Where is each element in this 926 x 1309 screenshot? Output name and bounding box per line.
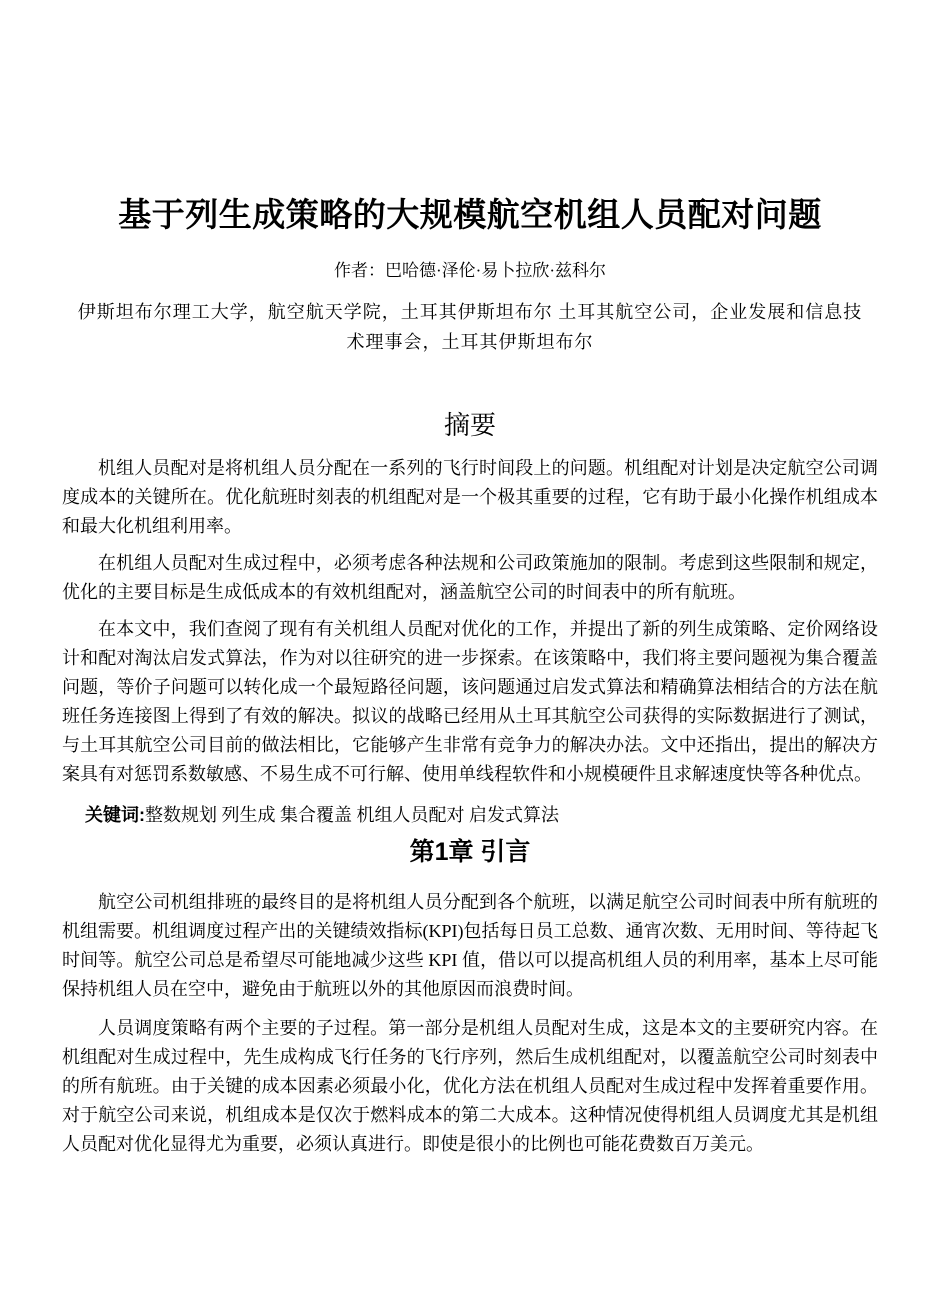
affiliation-line: 伊斯坦布尔理工大学，航空航天学院，土耳其伊斯坦布尔 土耳其航空公司，企业发展和信…	[70, 297, 870, 357]
introduction-paragraph-1: 航空公司机组排班的最终目的是将机组人员分配到各个航班，以满足航空公司时间表中所有…	[62, 888, 878, 1004]
chapter-1-heading: 第1章 引言	[62, 836, 878, 869]
introduction-paragraph-2: 人员调度策略有两个主要的子过程。第一部分是机组人员配对生成，这是本文的主要研究内…	[62, 1014, 878, 1159]
author-line: 作者：巴哈德·泽伦·易卜拉欣·兹科尔	[62, 259, 878, 283]
abstract-heading: 摘要	[62, 409, 878, 443]
abstract-paragraph-2: 在机组人员配对生成过程中，必须考虑各种法规和公司政策施加的限制。考虑到这些限制和…	[62, 549, 878, 607]
abstract-paragraph-1: 机组人员配对是将机组人员分配在一系列的飞行时间段上的问题。机组配对计划是决定航空…	[62, 454, 878, 541]
keywords-label: 关键词:	[85, 805, 145, 825]
keywords-text: 整数规划 列生成 集合覆盖 机组人员配对 启发式算法	[145, 805, 559, 825]
abstract-paragraph-3: 在本文中，我们查阅了现有有关机组人员配对优化的工作，并提出了新的列生成策略、定价…	[62, 615, 878, 789]
paper-title: 基于列生成策略的大规模航空机组人员配对问题	[62, 193, 878, 237]
document-page: 基于列生成策略的大规模航空机组人员配对问题 作者：巴哈德·泽伦·易卜拉欣·兹科尔…	[0, 0, 926, 1309]
keywords-line: 关键词:整数规划 列生成 集合覆盖 机组人员配对 启发式算法	[62, 801, 878, 830]
